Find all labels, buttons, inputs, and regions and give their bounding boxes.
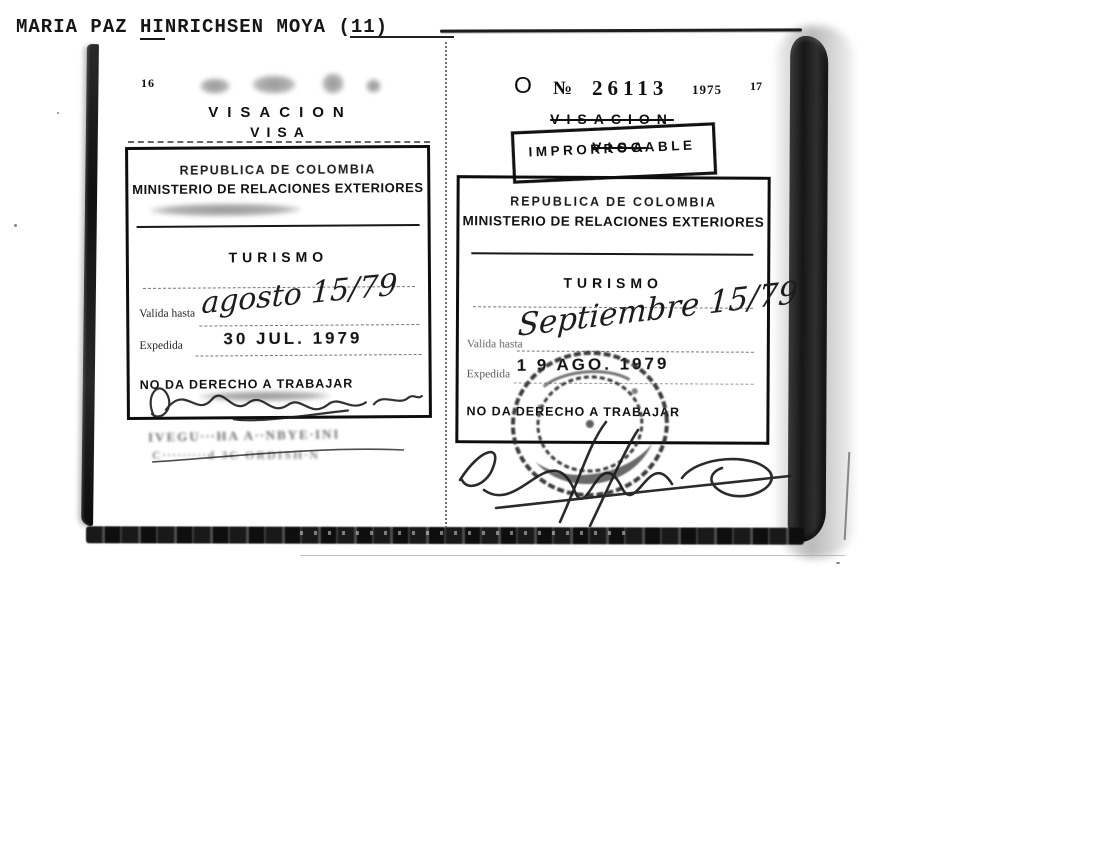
visa-number-value: 26113 — [592, 76, 668, 101]
issued-label: Expedida — [139, 340, 183, 352]
left-ministry-line: MINISTERIO DE RELACIONES EXTERIORES — [128, 180, 427, 197]
circle-mark: O — [514, 72, 532, 99]
name-part-underlined: HI — [140, 16, 165, 40]
valid-until-label: Valida hasta — [467, 338, 523, 350]
left-visa-stamp-box: REPUBLICA DE COLOMBIA MINISTERIO DE RELA… — [125, 145, 432, 420]
page-stack-highlights — [300, 531, 630, 535]
faint-stamp-marks — [150, 203, 300, 217]
left-country-line: REPUBLICA DE COLOMBIA — [128, 162, 427, 178]
issued-date-stamp: 30 JUL. 1979 — [223, 328, 362, 349]
valid-until-label: Valida hasta — [139, 308, 195, 320]
name-part: MARIA PAZ — [16, 16, 140, 38]
left-page-number: 16 — [141, 76, 155, 91]
official-signature-left — [138, 364, 426, 428]
passport-cover-left-edge — [81, 44, 99, 526]
visa-number-label: № — [553, 78, 572, 100]
dotted-rule — [128, 141, 430, 143]
pen-strike-line — [148, 440, 408, 466]
photocopy-speck — [836, 562, 840, 564]
right-country-line: REPUBLICA DE COLOMBIA — [460, 194, 768, 210]
faint-stamp-marks — [252, 75, 296, 94]
divider-rule — [137, 224, 420, 228]
dotted-rule — [196, 354, 422, 357]
series-year: 1975 — [692, 82, 722, 98]
left-visa-heading: VISA — [158, 124, 403, 140]
dotted-rule — [199, 324, 419, 327]
faint-stamp-marks — [322, 73, 344, 94]
name-part: NRICHSEN MOYA (11) — [165, 16, 388, 38]
page-top-edge — [440, 28, 802, 32]
right-ministry-line: MINISTERIO DE RELACIONES EXTERIORES — [459, 213, 767, 230]
faint-stamp-marks — [366, 79, 381, 93]
header-extension-line — [350, 36, 454, 38]
photocopy-speck — [57, 112, 59, 114]
left-visa-type: TURISMO — [129, 248, 428, 266]
handwritten-valid-date: agosto 15/79 — [201, 267, 398, 321]
passport-scan-page: MARIA PAZ HINRICHSEN MOYA (11) 16 VISACI… — [0, 0, 1100, 850]
divider-rule — [471, 252, 753, 255]
photocopy-speck — [14, 224, 17, 227]
typed-name-header: MARIA PAZ HINRICHSEN MOYA (11) — [16, 16, 388, 38]
scan-artifact-line — [300, 555, 845, 556]
left-visacion-heading: VISACION — [158, 104, 403, 121]
faint-stamp-marks — [200, 78, 230, 94]
official-signature-right — [440, 418, 804, 530]
right-page-number: 17 — [750, 79, 762, 94]
